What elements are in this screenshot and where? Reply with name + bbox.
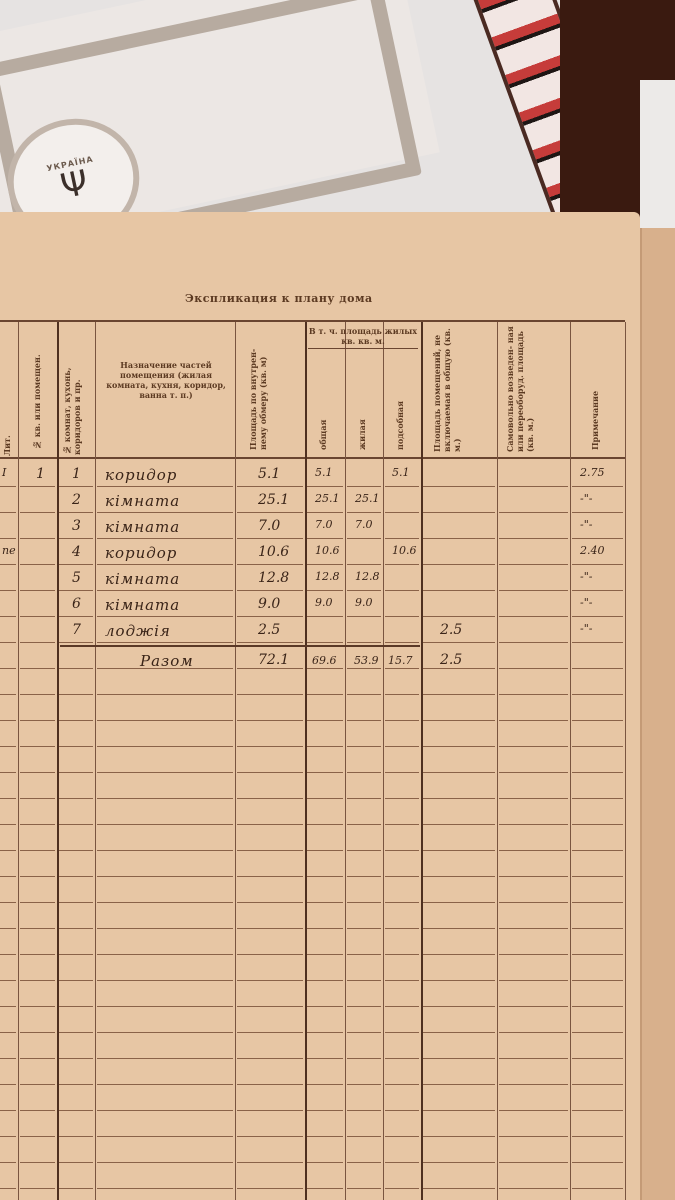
row-rule bbox=[237, 1162, 303, 1163]
header-excluded-area: Площадь помещений, не включаемая в общую… bbox=[432, 312, 472, 452]
row-rule bbox=[0, 694, 16, 695]
row-rule bbox=[20, 850, 55, 851]
row-rule bbox=[20, 928, 55, 929]
header-purpose: Назначение частей помещения (жилая комна… bbox=[102, 360, 230, 400]
row-living: 9.0 bbox=[355, 596, 373, 609]
row-rule bbox=[237, 1058, 303, 1059]
row-rule bbox=[347, 1084, 381, 1085]
row-rule bbox=[237, 564, 303, 565]
row-rule bbox=[97, 616, 233, 617]
row-rule bbox=[237, 642, 303, 643]
total-area: 72.1 bbox=[258, 652, 289, 668]
row-rule bbox=[0, 850, 16, 851]
row-rule bbox=[20, 1058, 55, 1059]
row-rule bbox=[423, 850, 495, 851]
row-rule bbox=[237, 772, 303, 773]
row-rule bbox=[385, 642, 419, 643]
row-rule bbox=[0, 1032, 16, 1033]
row-rule bbox=[347, 1136, 381, 1137]
row-rule bbox=[20, 590, 55, 591]
row-rule bbox=[572, 668, 623, 669]
total-excluded: 2.5 bbox=[440, 652, 462, 668]
row-rule bbox=[347, 564, 381, 565]
row-rule bbox=[499, 564, 568, 565]
row-rule bbox=[237, 980, 303, 981]
row-note: 2.40 bbox=[580, 544, 605, 557]
row-rule bbox=[307, 694, 343, 695]
row-rule bbox=[423, 1162, 495, 1163]
row-rule bbox=[423, 564, 495, 565]
row-rule bbox=[572, 850, 623, 851]
row-rule bbox=[385, 1162, 419, 1163]
row-rule bbox=[20, 1136, 55, 1137]
row-rule bbox=[347, 642, 381, 643]
row-rule bbox=[0, 538, 16, 539]
row-rule bbox=[423, 512, 495, 513]
row-purpose: кімната bbox=[105, 518, 180, 536]
row-rule bbox=[0, 772, 16, 773]
row-area: 25.1 bbox=[258, 492, 289, 508]
row-rule bbox=[59, 1136, 93, 1137]
row-room-no: 5 bbox=[72, 570, 81, 586]
row-rule bbox=[307, 1136, 343, 1137]
row-rule bbox=[97, 1058, 233, 1059]
row-rule bbox=[0, 1162, 16, 1163]
row-area: 2.5 bbox=[258, 622, 280, 638]
row-rule bbox=[385, 928, 419, 929]
row-rule bbox=[0, 954, 16, 955]
row-rule bbox=[307, 980, 343, 981]
row-rule bbox=[499, 1162, 568, 1163]
row-rule bbox=[59, 1006, 93, 1007]
row-common: 12.8 bbox=[315, 570, 340, 583]
row-rule bbox=[97, 694, 233, 695]
row-rule bbox=[59, 642, 93, 643]
row-rule bbox=[307, 564, 343, 565]
row-rule bbox=[385, 1188, 419, 1189]
row-rule bbox=[385, 1058, 419, 1059]
row-rule bbox=[20, 564, 55, 565]
row-rule bbox=[0, 1110, 16, 1111]
row-rule bbox=[59, 538, 93, 539]
row-rule bbox=[97, 1110, 233, 1111]
row-rule bbox=[423, 1110, 495, 1111]
row-rule bbox=[237, 1110, 303, 1111]
row-rule bbox=[237, 616, 303, 617]
row-rule bbox=[20, 1188, 55, 1189]
row-rule bbox=[97, 538, 233, 539]
row-rule bbox=[97, 954, 233, 955]
row-rule bbox=[347, 1188, 381, 1189]
row-note: -"- bbox=[580, 518, 593, 531]
row-rule bbox=[499, 538, 568, 539]
row-rule bbox=[423, 1032, 495, 1033]
header-area-total: Площадь по внутрен- нему обмеру (кв. м) bbox=[248, 325, 288, 450]
page-edge bbox=[640, 228, 675, 1200]
row-rule bbox=[0, 668, 16, 669]
row-rule bbox=[385, 824, 419, 825]
row-rule bbox=[347, 798, 381, 799]
row-rule bbox=[385, 616, 419, 617]
row-purpose: кімната bbox=[105, 570, 180, 588]
row-rule bbox=[97, 746, 233, 747]
row-rule bbox=[0, 798, 16, 799]
row-rule bbox=[97, 590, 233, 591]
row-rule bbox=[572, 1006, 623, 1007]
row-room-no: 6 bbox=[72, 596, 81, 612]
row-common: 9.0 bbox=[315, 596, 333, 609]
row-rule bbox=[0, 876, 16, 877]
row-rule bbox=[572, 590, 623, 591]
row-rule bbox=[20, 1006, 55, 1007]
row-room-no: 3 bbox=[72, 518, 81, 534]
row-rule bbox=[385, 1032, 419, 1033]
row-rule bbox=[237, 928, 303, 929]
row-purpose: кімната bbox=[105, 492, 180, 510]
column-divider bbox=[18, 322, 19, 1200]
row-rule bbox=[385, 1110, 419, 1111]
row-rule bbox=[307, 538, 343, 539]
row-rule bbox=[572, 798, 623, 799]
row-rule bbox=[423, 746, 495, 747]
row-rule bbox=[20, 1084, 55, 1085]
row-rule bbox=[347, 616, 381, 617]
row-rule bbox=[0, 642, 16, 643]
row-rule bbox=[307, 954, 343, 955]
row-rule bbox=[20, 642, 55, 643]
row-rule bbox=[20, 1032, 55, 1033]
row-rule bbox=[499, 642, 568, 643]
row-rule bbox=[385, 1006, 419, 1007]
row-rule bbox=[97, 1084, 233, 1085]
row-living: 12.8 bbox=[355, 570, 380, 583]
row-rule bbox=[307, 1084, 343, 1085]
column-divider bbox=[497, 322, 498, 1200]
row-rule bbox=[423, 902, 495, 903]
row-rule bbox=[97, 1162, 233, 1163]
row-rule bbox=[307, 642, 343, 643]
row-rule bbox=[385, 902, 419, 903]
row-rule bbox=[97, 824, 233, 825]
row-rule bbox=[20, 798, 55, 799]
row-rule bbox=[20, 772, 55, 773]
row-rule bbox=[307, 486, 343, 487]
row-rule bbox=[59, 1032, 93, 1033]
row-rule bbox=[347, 590, 381, 591]
row-rule bbox=[20, 538, 55, 539]
row-rule bbox=[423, 876, 495, 877]
column-divider bbox=[570, 322, 571, 1200]
row-rule bbox=[307, 1188, 343, 1189]
row-lit: I bbox=[2, 466, 6, 479]
row-rule bbox=[307, 1162, 343, 1163]
row-rule bbox=[0, 720, 16, 721]
row-rule bbox=[237, 486, 303, 487]
row-rule bbox=[59, 902, 93, 903]
row-rule bbox=[0, 564, 16, 565]
row-rule bbox=[499, 902, 568, 903]
row-rule bbox=[59, 694, 93, 695]
row-rule bbox=[59, 772, 93, 773]
row-rule bbox=[572, 980, 623, 981]
row-rule bbox=[0, 590, 16, 591]
column-divider bbox=[57, 322, 59, 1200]
total-common: 69.6 bbox=[312, 654, 337, 667]
header-note: Примечание bbox=[590, 375, 600, 450]
white-card bbox=[640, 80, 675, 240]
row-rule bbox=[307, 512, 343, 513]
row-rule bbox=[59, 564, 93, 565]
row-rule bbox=[0, 486, 16, 487]
row-rule bbox=[347, 954, 381, 955]
row-rule bbox=[385, 954, 419, 955]
row-rule bbox=[347, 486, 381, 487]
row-rule bbox=[97, 928, 233, 929]
row-living: 25.1 bbox=[355, 492, 380, 505]
row-rule bbox=[20, 486, 55, 487]
row-rule bbox=[385, 876, 419, 877]
row-rule bbox=[572, 1084, 623, 1085]
row-rule bbox=[237, 1006, 303, 1007]
row-rule bbox=[572, 824, 623, 825]
row-rule bbox=[499, 1136, 568, 1137]
row-rule bbox=[572, 720, 623, 721]
row-rule bbox=[347, 512, 381, 513]
row-rule bbox=[0, 1136, 16, 1137]
row-rule bbox=[423, 1136, 495, 1137]
row-rule bbox=[97, 1136, 233, 1137]
row-rule bbox=[572, 538, 623, 539]
row-rule bbox=[20, 668, 55, 669]
row-rule bbox=[499, 876, 568, 877]
row-rule bbox=[307, 824, 343, 825]
row-rule bbox=[385, 538, 419, 539]
row-rule bbox=[423, 1058, 495, 1059]
trident-icon: Ψ bbox=[58, 165, 91, 204]
row-living: 7.0 bbox=[355, 518, 373, 531]
row-rule bbox=[20, 616, 55, 617]
row-rule bbox=[499, 720, 568, 721]
row-rule bbox=[423, 1188, 495, 1189]
row-rule bbox=[97, 1032, 233, 1033]
row-room-no: 2 bbox=[72, 492, 81, 508]
row-rule bbox=[20, 720, 55, 721]
row-rule bbox=[0, 928, 16, 929]
row-purpose: лоджія bbox=[105, 622, 171, 640]
row-rule bbox=[0, 746, 16, 747]
row-rule bbox=[423, 694, 495, 695]
row-rule bbox=[347, 824, 381, 825]
row-auxiliary: 5.1 bbox=[392, 466, 410, 479]
row-rule bbox=[307, 928, 343, 929]
row-rule bbox=[347, 902, 381, 903]
row-rule bbox=[237, 538, 303, 539]
row-rule bbox=[385, 564, 419, 565]
row-rule bbox=[572, 772, 623, 773]
row-rule bbox=[20, 876, 55, 877]
total-living: 53.9 bbox=[354, 654, 379, 667]
row-rule bbox=[97, 980, 233, 981]
row-rule bbox=[347, 668, 381, 669]
row-rule bbox=[20, 512, 55, 513]
row-rule bbox=[499, 980, 568, 981]
row-rule bbox=[347, 928, 381, 929]
header-living: жилая bbox=[357, 400, 367, 450]
row-rule bbox=[20, 954, 55, 955]
row-auxiliary: 10.6 bbox=[392, 544, 417, 557]
row-rule bbox=[572, 642, 623, 643]
row-rule bbox=[572, 486, 623, 487]
row-rule bbox=[499, 590, 568, 591]
row-rule bbox=[347, 850, 381, 851]
row-rule bbox=[423, 824, 495, 825]
row-rule bbox=[385, 486, 419, 487]
row-rule bbox=[237, 1032, 303, 1033]
row-rule bbox=[347, 772, 381, 773]
row-rule bbox=[97, 720, 233, 721]
row-rule bbox=[20, 1110, 55, 1111]
row-rule bbox=[385, 772, 419, 773]
row-rule bbox=[347, 1162, 381, 1163]
row-rule bbox=[59, 512, 93, 513]
row-rule bbox=[20, 980, 55, 981]
row-note: -"- bbox=[580, 622, 593, 635]
row-common: 7.0 bbox=[315, 518, 333, 531]
row-rule bbox=[59, 668, 93, 669]
row-rule bbox=[97, 772, 233, 773]
row-rule bbox=[499, 798, 568, 799]
row-rule bbox=[59, 928, 93, 929]
row-rule bbox=[97, 564, 233, 565]
row-rule bbox=[59, 824, 93, 825]
row-rule bbox=[237, 902, 303, 903]
row-rule bbox=[237, 512, 303, 513]
row-rule bbox=[347, 980, 381, 981]
row-excluded: 2.5 bbox=[440, 622, 462, 638]
column-divider bbox=[235, 322, 236, 1200]
row-purpose: коридор bbox=[105, 544, 177, 562]
row-rule bbox=[0, 902, 16, 903]
row-rule bbox=[423, 954, 495, 955]
row-rule bbox=[307, 772, 343, 773]
row-rule bbox=[237, 668, 303, 669]
row-note: -"- bbox=[580, 596, 593, 609]
row-rule bbox=[572, 694, 623, 695]
column-divider bbox=[345, 322, 346, 1200]
header-bottom-rule bbox=[0, 457, 625, 459]
header-lit: Лит. bbox=[2, 420, 12, 456]
row-rule bbox=[347, 1032, 381, 1033]
form-title: Экспликация к плану дома bbox=[185, 292, 373, 305]
row-rule bbox=[0, 1058, 16, 1059]
row-rule bbox=[59, 720, 93, 721]
row-rule bbox=[59, 1084, 93, 1085]
row-rule bbox=[237, 850, 303, 851]
row-rule bbox=[20, 1162, 55, 1163]
row-rule bbox=[237, 746, 303, 747]
row-rule bbox=[59, 1058, 93, 1059]
row-rule bbox=[572, 902, 623, 903]
row-rule bbox=[423, 772, 495, 773]
row-rule bbox=[307, 798, 343, 799]
row-rule bbox=[237, 824, 303, 825]
row-rule bbox=[499, 668, 568, 669]
total-label: Разом bbox=[140, 652, 194, 670]
header-common: общая bbox=[318, 400, 328, 450]
row-rule bbox=[347, 746, 381, 747]
row-rule bbox=[423, 668, 495, 669]
row-rule bbox=[572, 1110, 623, 1111]
row-rule bbox=[237, 1084, 303, 1085]
row-rule bbox=[97, 1188, 233, 1189]
column-divider bbox=[95, 322, 96, 1200]
row-rule bbox=[307, 850, 343, 851]
row-rule bbox=[237, 876, 303, 877]
row-rule bbox=[572, 616, 623, 617]
row-rule bbox=[0, 616, 16, 617]
row-rule bbox=[97, 642, 233, 643]
row-rule bbox=[0, 1084, 16, 1085]
row-rule bbox=[572, 746, 623, 747]
row-rule bbox=[423, 616, 495, 617]
column-divider bbox=[383, 322, 384, 1200]
column-divider bbox=[421, 322, 423, 1200]
row-rule bbox=[385, 1136, 419, 1137]
row-rule bbox=[307, 668, 343, 669]
row-common: 10.6 bbox=[315, 544, 340, 557]
row-area: 9.0 bbox=[258, 596, 280, 612]
row-rule bbox=[423, 590, 495, 591]
row-rule bbox=[307, 902, 343, 903]
row-rule bbox=[307, 1006, 343, 1007]
row-rule bbox=[423, 798, 495, 799]
row-rule bbox=[385, 668, 419, 669]
row-rule bbox=[59, 746, 93, 747]
row-rule bbox=[347, 720, 381, 721]
row-rule bbox=[0, 1006, 16, 1007]
row-note: -"- bbox=[580, 492, 593, 505]
row-purpose: коридор bbox=[105, 466, 177, 484]
row-rule bbox=[97, 850, 233, 851]
row-room-no: 4 bbox=[72, 544, 81, 560]
row-rule bbox=[499, 1006, 568, 1007]
row-rule bbox=[307, 1058, 343, 1059]
header-unauthorized-area: Самовольно возведен- ная или переоборуд.… bbox=[505, 312, 545, 452]
row-rule bbox=[423, 1084, 495, 1085]
row-rule bbox=[499, 694, 568, 695]
row-area: 10.6 bbox=[258, 544, 289, 560]
row-rule bbox=[572, 1162, 623, 1163]
row-rule bbox=[499, 850, 568, 851]
row-rule bbox=[347, 538, 381, 539]
row-area: 12.8 bbox=[258, 570, 289, 586]
row-rule bbox=[572, 1188, 623, 1189]
total-rule bbox=[60, 645, 420, 647]
row-room-no: 7 bbox=[72, 622, 81, 638]
row-rule bbox=[347, 1006, 381, 1007]
row-rule bbox=[237, 720, 303, 721]
row-rule bbox=[423, 980, 495, 981]
row-rule bbox=[385, 850, 419, 851]
row-note: 2.75 bbox=[580, 466, 605, 479]
row-rule bbox=[385, 720, 419, 721]
row-rule bbox=[59, 954, 93, 955]
row-note: -"- bbox=[580, 570, 593, 583]
row-rule bbox=[307, 1110, 343, 1111]
row-rule bbox=[59, 850, 93, 851]
row-rule bbox=[237, 694, 303, 695]
row-rule bbox=[307, 746, 343, 747]
